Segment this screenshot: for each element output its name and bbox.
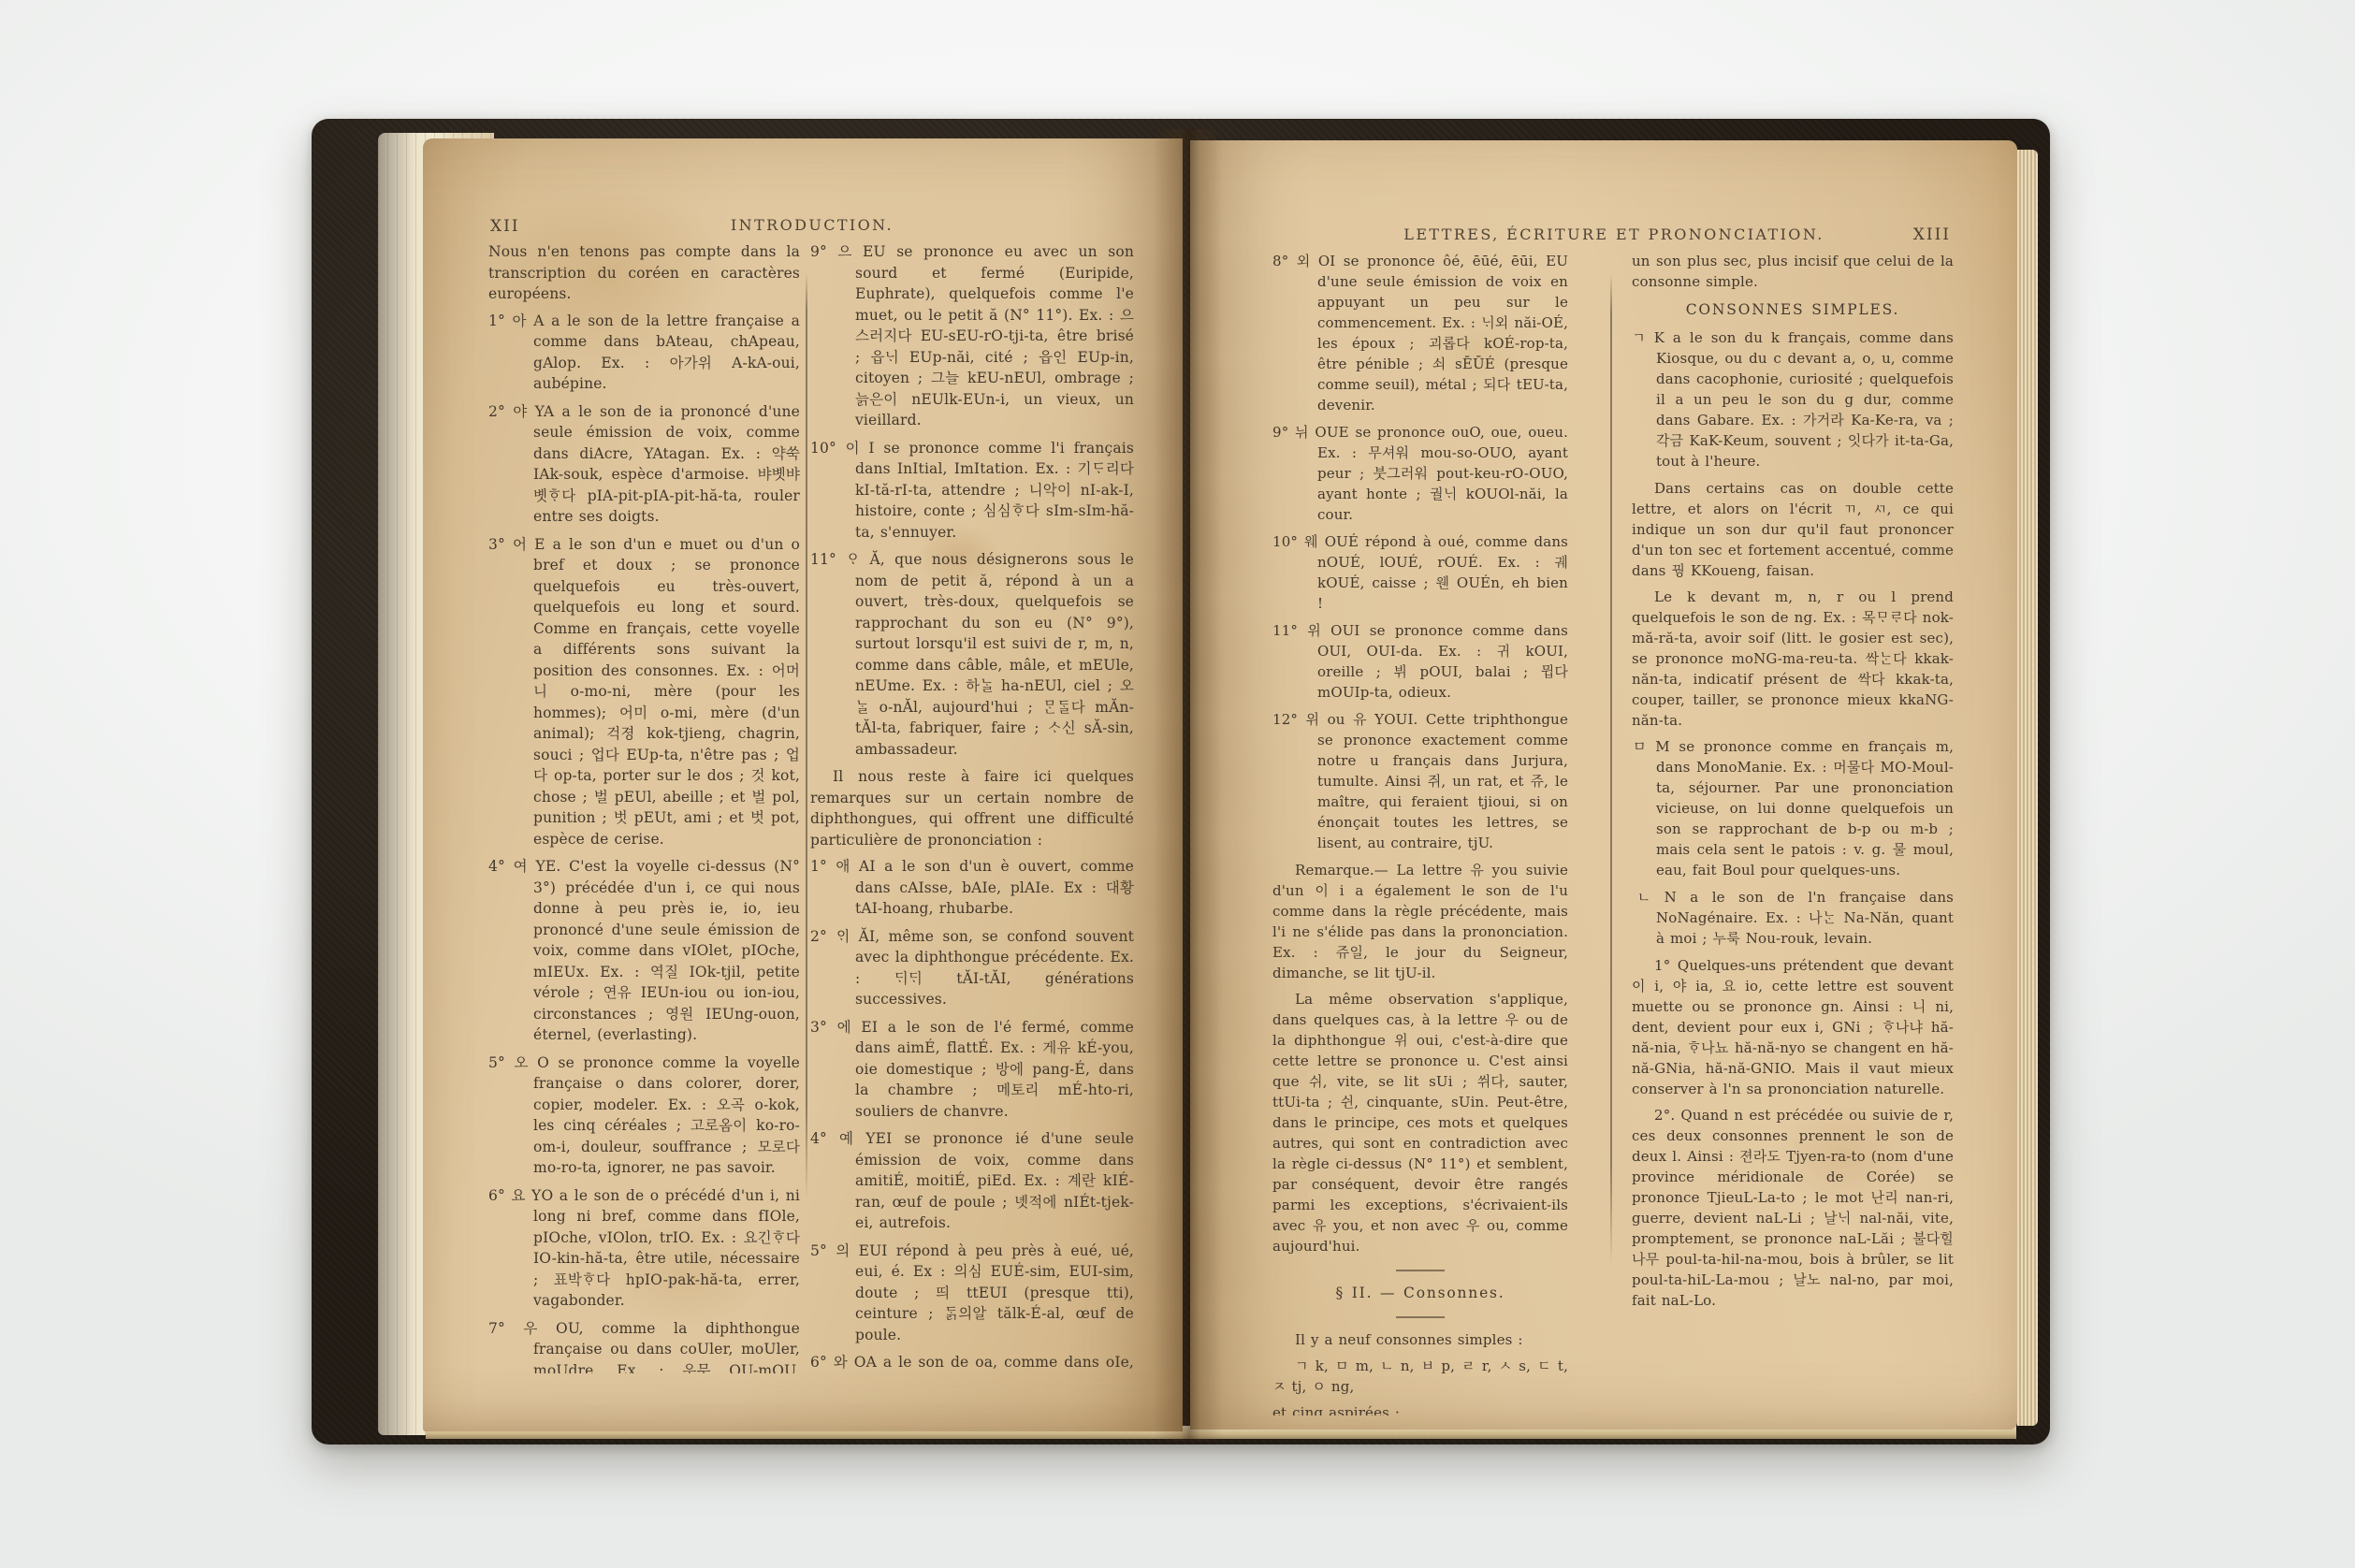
- paragraph: 9° 으 EU se prononce eu avec un son sourd…: [810, 241, 1134, 431]
- paragraph: 3° ㄴ N a le son de l'n française dans No…: [1632, 887, 1954, 949]
- paragraph: 6° 와 OA a le son de oa, comme dans oIe, …: [810, 1352, 1134, 1373]
- paragraph: Il y a neuf consonnes simples :: [1272, 1329, 1568, 1350]
- paragraph: 9° 뉘 OUE se prononce ouO, oue, oueu. Ex.…: [1272, 422, 1568, 525]
- paragraph: Remarque.— La lettre 유 you suivie d'un 이…: [1272, 860, 1568, 983]
- paragraph: 1° Quelques-uns prétendent que devant 이 …: [1632, 955, 1954, 1099]
- running-title-right: LETTRES, ÉCRITURE ET PRONONCIATION.: [1275, 225, 1953, 243]
- paragraph: 4° 여 YE. C'est la voyelle ci-dessus (N° …: [488, 856, 800, 1046]
- paragraph: 11° ᄋᆞ Ă, que nous désignerons sous le n…: [810, 549, 1134, 760]
- paragraph: 6° 요 YO a le son de o précédé d'un i, ni…: [488, 1185, 800, 1312]
- paragraph: 4° 예 YEI se prononce ié d'une seule émis…: [810, 1128, 1134, 1234]
- paragraph: 5° 오 O se prononce comme la voyelle fran…: [488, 1053, 800, 1179]
- paragraph: 1° 애 AI a le son d'un è ouvert, comme da…: [810, 856, 1134, 920]
- paragraph: Le k devant m, n, r ou l prend quelquefo…: [1632, 587, 1954, 731]
- paragraph: La même observation s'applique, dans que…: [1272, 989, 1568, 1256]
- section-heading: CONSONNES SIMPLES.: [1632, 299, 1954, 320]
- paragraph: 3° 에 EI a le son de l'é fermé, comme dan…: [810, 1017, 1134, 1123]
- paragraph: 5° 의 EUI répond à peu près à eué, ué, eu…: [810, 1241, 1134, 1346]
- section-heading: § II. — Consonnes.: [1272, 1283, 1568, 1303]
- page-number-right: XIII: [1857, 225, 1951, 244]
- paragraph: 10° 웨 OUÉ répond à oué, comme dans nOUÉ,…: [1272, 531, 1568, 614]
- section-rule: [1396, 1316, 1445, 1318]
- left-page-column-1: Nous n'en tenons pas compte dans la tran…: [488, 241, 800, 1373]
- paragraph: 3° 어 E a le son d'un e muet ou d'un o br…: [488, 534, 800, 850]
- paragraph: Dans certains cas on double cette lettre…: [1632, 478, 1954, 581]
- paragraph: 2°. Quand n est précédée ou suivie de r,…: [1632, 1105, 1954, 1311]
- paragraph: ㄱ k, ㅁ m, ㄴ n, ㅂ p, ㄹ r, ㅅ s, ㄷ t, ㅈ tj,…: [1272, 1356, 1568, 1397]
- paragraph: 2° ㅁ M se prononce comme en français m, …: [1632, 736, 1954, 880]
- section-rule: [1396, 1270, 1445, 1271]
- paragraph: 10° 이 I se prononce comme l'i français d…: [810, 438, 1134, 544]
- running-title-left: INTRODUCTION.: [488, 216, 1136, 234]
- paragraph: 11° 위 OUI se prononce comme dans OUI, OU…: [1272, 620, 1568, 703]
- paragraph: 7° 우 OU, comme la diphthongue française …: [488, 1318, 800, 1374]
- paragraph: 1° ㄱ K a le son du k français, comme dan…: [1632, 327, 1954, 472]
- right-page-column-1: 8° 외 OI se prononce ôé, ēūé, ēūi, EU d'u…: [1272, 251, 1568, 1416]
- page-edges-right: [2017, 150, 2038, 1426]
- paragraph: un son plus sec, plus incisif que celui …: [1632, 251, 1954, 292]
- column-divider-right-page: [1610, 273, 1612, 1265]
- right-page-column-2: un son plus sec, plus incisif que celui …: [1632, 251, 1954, 1420]
- paragraph: 1° 아 A a le son de la lettre française a…: [488, 311, 800, 395]
- paragraph: Il nous reste à faire ici quelques remar…: [810, 766, 1134, 850]
- paragraph: et cinq aspirées :: [1272, 1402, 1568, 1416]
- paragraph: Nous n'en tenons pas compte dans la tran…: [488, 241, 800, 305]
- left-page-column-2: 9° 으 EU se prononce eu avec un son sourd…: [810, 241, 1134, 1373]
- paragraph: 2° 야 YA a le son de ia prononcé d'une se…: [488, 401, 800, 528]
- paragraph: 8° 외 OI se prononce ôé, ēūé, ēūi, EU d'u…: [1272, 251, 1568, 415]
- paragraph: 12° 위 ou 유 YOUI. Cette triphthongue se p…: [1272, 709, 1568, 853]
- column-divider-left-page: [806, 273, 807, 1199]
- paragraph: 2° ᄋᆡ ĂI, même son, se confond souvent a…: [810, 926, 1134, 1010]
